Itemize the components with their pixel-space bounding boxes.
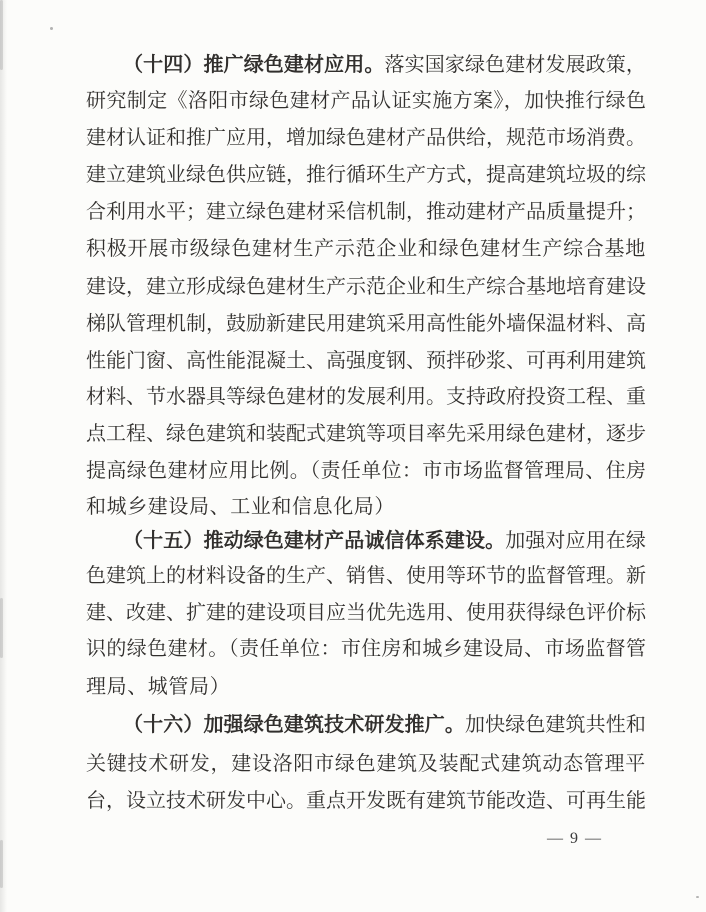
- text-line: 色建筑上的材料设备的生产、销售、使用等环节的监督管理。新: [86, 563, 646, 589]
- text-line: 性能门窗、高性能混凝土、高强度钢、预拌砂浆、可再利用建筑: [86, 348, 646, 374]
- body-text: 关键技术研发，建设洛阳市绿色建筑及装配式建筑动态管理平: [86, 753, 646, 775]
- text-line: 研究制定《洛阳市绿色建材产品认证实施方案》，加快推行绿色: [86, 88, 646, 114]
- body-text: 识的绿色建材。: [86, 638, 229, 660]
- scan-speck: [696, 896, 699, 898]
- responsibility-unit-text: 和城乡建设局、工业和信息化局）: [86, 496, 395, 518]
- section-14-title: （十四）推广绿色建材应用。: [123, 54, 385, 76]
- body-text: 建设，建立形成绿色建材生产示范企业和生产综合基地培育建设: [86, 276, 646, 298]
- responsibility-unit-text: （责任单位：市市场监督管理局、住房: [310, 460, 646, 482]
- scanned-document-page: （十四）推广绿色建材应用。落实国家绿色建材发展政策， 研究制定《洛阳市绿色建材产…: [0, 0, 706, 912]
- text-line: 和城乡建设局、工业和信息化局）: [86, 494, 646, 520]
- body-text: 点工程、绿色建筑和装配式建筑等项目率先采用绿色建材，逐步: [86, 423, 646, 445]
- section-16-heading-line: （十六）加强绿色建筑技术研发推广。加快绿色建筑共性和: [86, 712, 646, 738]
- body-text: 梯队管理机制，鼓励新建民用建筑采用高性能外墙保温材料、高: [86, 313, 646, 335]
- scan-smudge: [0, 840, 3, 888]
- body-text: 台，设立技术研发中心。重点开发既有建筑节能改造、可再生能: [86, 790, 646, 812]
- text-line: 台，设立技术研发中心。重点开发既有建筑节能改造、可再生能: [86, 788, 646, 814]
- section-14-heading-line: （十四）推广绿色建材应用。落实国家绿色建材发展政策，: [86, 52, 646, 78]
- text-line: 理局、城管局）: [86, 674, 646, 700]
- scan-smudge: [0, 0, 3, 70]
- body-text: 材料、节水器具等绿色建材的发展利用。支持政府投资工程、重: [86, 386, 646, 408]
- text-line: 提高绿色建材应用比例。（责任单位：市市场监督管理局、住房: [86, 458, 646, 484]
- text-line: 合利用水平；建立绿色建材采信机制，推动建材产品质量提升；: [86, 199, 646, 225]
- text-line: 关键技术研发，建设洛阳市绿色建筑及装配式建筑动态管理平: [86, 751, 646, 777]
- body-text: 加强对应用在绿: [505, 530, 646, 552]
- text-line: 建、改建、扩建的建设项目应当优先选用、使用获得绿色评价标: [86, 600, 646, 626]
- text-line: 建立建筑业绿色供应链，推行循环生产方式，提高建筑垃圾的综: [86, 162, 646, 188]
- responsibility-unit-text: （责任单位：市住房和城乡建设局、市场监督管: [229, 638, 646, 660]
- body-text: 研究制定《洛阳市绿色建材产品认证实施方案》，加快推行绿色: [86, 90, 646, 112]
- body-text: 提高绿色建材应用比例。: [86, 460, 310, 482]
- section-16-title: （十六）加强绿色建筑技术研发推广。: [123, 714, 465, 736]
- text-line: 点工程、绿色建筑和装配式建筑等项目率先采用绿色建材，逐步: [86, 421, 646, 447]
- section-15-title: （十五）推动绿色建材产品诚信体系建设。: [123, 530, 505, 552]
- text-line: 积极开展市级绿色建材生产示范企业和绿色建材生产综合基地: [86, 236, 646, 262]
- responsibility-unit-text: 理局、城管局）: [86, 676, 230, 698]
- body-text: 建材认证和推广应用，增加绿色建材产品供给，规范市场消费。: [86, 127, 646, 149]
- body-text: 建立建筑业绿色供应链，推行循环生产方式，提高建筑垃圾的综: [86, 164, 646, 186]
- text-line: 建材认证和推广应用，增加绿色建材产品供给，规范市场消费。: [86, 125, 646, 151]
- section-15-heading-line: （十五）推动绿色建材产品诚信体系建设。加强对应用在绿: [86, 528, 646, 554]
- body-text: 合利用水平；建立绿色建材采信机制，推动建材产品质量提升；: [86, 201, 646, 223]
- scan-speck: [50, 27, 53, 30]
- body-text: 加快绿色建筑共性和: [465, 714, 646, 736]
- body-text: 色建筑上的材料设备的生产、销售、使用等环节的监督管理。新: [86, 565, 646, 587]
- text-line: 梯队管理机制，鼓励新建民用建筑采用高性能外墙保温材料、高: [86, 311, 646, 337]
- text-line: 识的绿色建材。（责任单位：市住房和城乡建设局、市场监督管: [86, 636, 646, 662]
- page-number: — 9 —: [547, 830, 603, 848]
- body-text: 落实国家绿色建材发展政策，: [385, 54, 646, 76]
- text-line: 材料、节水器具等绿色建材的发展利用。支持政府投资工程、重: [86, 384, 646, 410]
- body-text: 性能门窗、高性能混凝土、高强度钢、预拌砂浆、可再利用建筑: [86, 350, 646, 372]
- body-text: 建、改建、扩建的建设项目应当优先选用、使用获得绿色评价标: [86, 602, 646, 624]
- text-line: 建设，建立形成绿色建材生产示范企业和生产综合基地培育建设: [86, 274, 646, 300]
- scan-smudge: [0, 598, 3, 658]
- scan-edge-artifact: [0, 0, 7, 912]
- body-text: 积极开展市级绿色建材生产示范企业和绿色建材生产综合基地: [86, 238, 646, 260]
